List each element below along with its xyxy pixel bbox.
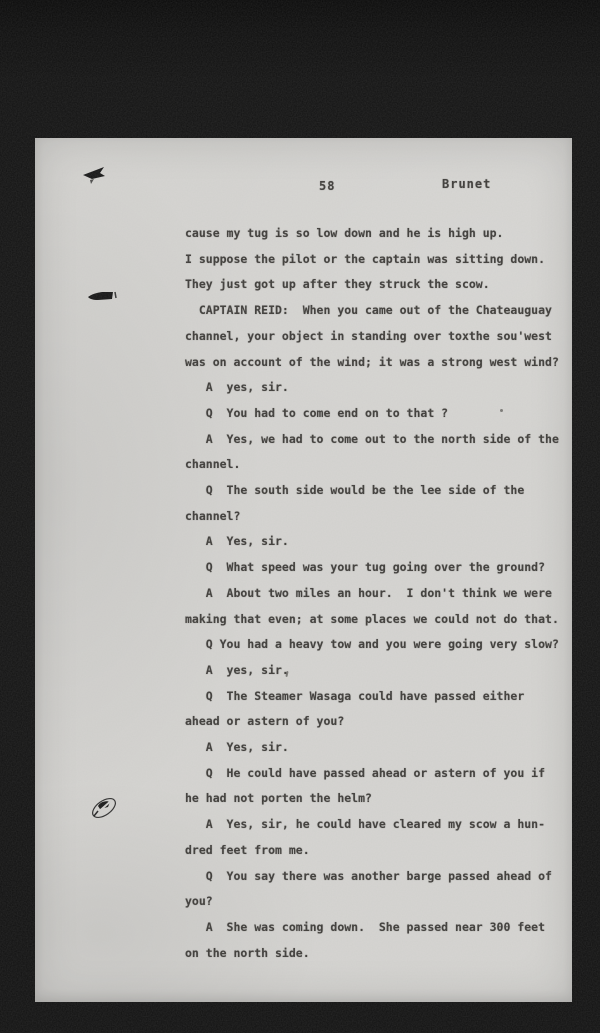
margin-check-mark-icon <box>90 794 118 822</box>
microfilm-background: 58 Brunet cause my tug is so low down an… <box>0 0 600 1033</box>
document-page: 58 Brunet cause my tug is so low down an… <box>35 138 572 1002</box>
margin-arrow-mark-icon <box>80 164 110 188</box>
ink-speck <box>500 409 503 412</box>
witness-name-header: Brunet <box>442 177 491 191</box>
testimony-text: cause my tug is so low down and he is hi… <box>185 221 559 966</box>
margin-dash-mark-icon <box>86 288 118 304</box>
page-number: 58 <box>319 179 335 193</box>
